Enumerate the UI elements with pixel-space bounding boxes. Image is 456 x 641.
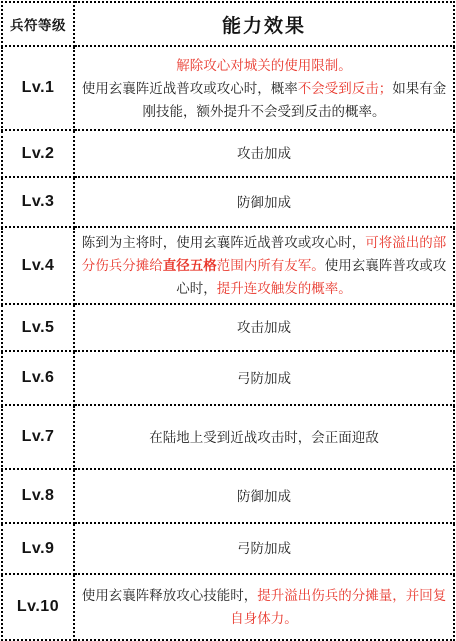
- effect-text: 使用玄襄阵近战普攻或攻心时，概率: [82, 81, 298, 96]
- level-cell: Lv.10: [2, 574, 74, 640]
- table-body: Lv.1解除攻心对城关的使用限制。使用玄襄阵近战普攻或攻心时，概率不会受到反击；…: [2, 46, 454, 640]
- effect-paragraph: 弓防加成: [81, 367, 447, 390]
- effect-text: 弓防加成: [237, 541, 291, 556]
- table-row: Lv.2攻击加成: [2, 130, 454, 177]
- level-cell: Lv.5: [2, 304, 74, 351]
- effect-cell: 攻击加成: [74, 304, 454, 351]
- table-row: Lv.6弓防加成: [2, 351, 454, 405]
- effect-cell: 弓防加成: [74, 523, 454, 574]
- table-row: Lv.8防御加成: [2, 469, 454, 523]
- table-row: Lv.4陈到为主将时，使用玄襄阵近战普攻或攻心时，可将溢出的部分伤兵分摊给直径五…: [2, 227, 454, 304]
- level-cell: Lv.8: [2, 469, 74, 523]
- effect-text: 弓防加成: [237, 371, 291, 386]
- effect-text: 攻击加成: [237, 320, 291, 335]
- effect-paragraph: 防御加成: [81, 485, 447, 508]
- table-row: Lv.7在陆地上受到近战攻击时，会正面迎敌: [2, 405, 454, 469]
- table-header: 兵符等级 能力效果: [2, 2, 454, 46]
- effect-text: 使用玄襄阵释放攻心技能时，: [82, 588, 258, 603]
- effect-text: 在陆地上受到近战攻击时，会正面迎敌: [149, 430, 379, 445]
- table-row: Lv.9弓防加成: [2, 523, 454, 574]
- table-row: Lv.10使用玄襄阵释放攻心技能时，提升溢出伤兵的分摊量，并回复自身体力。: [2, 574, 454, 640]
- ability-table: 兵符等级 能力效果 Lv.1解除攻心对城关的使用限制。使用玄襄阵近战普攻或攻心时…: [1, 1, 455, 641]
- table-row: Lv.5攻击加成: [2, 304, 454, 351]
- effect-cell: 在陆地上受到近战攻击时，会正面迎敌: [74, 405, 454, 469]
- effect-text-highlight: 范围内所有友军。: [217, 258, 325, 273]
- effect-text-highlight: 直径五格: [163, 258, 217, 273]
- effect-paragraph: 使用玄襄阵释放攻心技能时，提升溢出伤兵的分摊量，并回复自身体力。: [81, 584, 447, 630]
- effect-text-highlight: 提升溢出伤兵的分摊量，并回复自身体力。: [230, 588, 446, 626]
- effect-text: 陈到为主将时，使用玄襄阵近战普攻或攻心时，: [82, 235, 366, 250]
- effect-paragraph: 弓防加成: [81, 537, 447, 560]
- effect-cell: 弓防加成: [74, 351, 454, 405]
- effect-cell: 防御加成: [74, 469, 454, 523]
- header-cell-level: 兵符等级: [2, 2, 74, 46]
- level-cell: Lv.4: [2, 227, 74, 304]
- header-cell-effect: 能力效果: [74, 2, 454, 46]
- effect-paragraph: 陈到为主将时，使用玄襄阵近战普攻或攻心时，可将溢出的部分伤兵分摊给直径五格范围内…: [81, 231, 447, 300]
- effect-paragraph: 解除攻心对城关的使用限制。: [81, 54, 447, 77]
- effect-paragraph: 在陆地上受到近战攻击时，会正面迎敌: [81, 426, 447, 449]
- effect-cell: 攻击加成: [74, 130, 454, 177]
- level-cell: Lv.3: [2, 177, 74, 227]
- effect-text: 攻击加成: [237, 146, 291, 161]
- effect-cell: 使用玄襄阵释放攻心技能时，提升溢出伤兵的分摊量，并回复自身体力。: [74, 574, 454, 640]
- level-cell: Lv.7: [2, 405, 74, 469]
- effect-text-highlight: 提升连攻触发的概率。: [217, 281, 352, 296]
- effect-paragraph: 攻击加成: [81, 316, 447, 339]
- effect-text-highlight: 解除攻心对城关的使用限制。: [176, 58, 352, 73]
- page: 兵符等级 能力效果 Lv.1解除攻心对城关的使用限制。使用玄襄阵近战普攻或攻心时…: [0, 0, 456, 641]
- effect-paragraph: 攻击加成: [81, 142, 447, 165]
- table-row: Lv.1解除攻心对城关的使用限制。使用玄襄阵近战普攻或攻心时，概率不会受到反击；…: [2, 46, 454, 130]
- effect-paragraph: 防御加成: [81, 191, 447, 214]
- header-row: 兵符等级 能力效果: [2, 2, 454, 46]
- effect-text-highlight: 不会受到反击；: [298, 81, 393, 96]
- effect-cell: 防御加成: [74, 177, 454, 227]
- level-cell: Lv.2: [2, 130, 74, 177]
- effect-cell: 解除攻心对城关的使用限制。使用玄襄阵近战普攻或攻心时，概率不会受到反击；如果有金…: [74, 46, 454, 130]
- table-row: Lv.3防御加成: [2, 177, 454, 227]
- effect-paragraph: 使用玄襄阵近战普攻或攻心时，概率不会受到反击；如果有金刚技能，额外提升不会受到反…: [81, 77, 447, 123]
- effect-cell: 陈到为主将时，使用玄襄阵近战普攻或攻心时，可将溢出的部分伤兵分摊给直径五格范围内…: [74, 227, 454, 304]
- effect-text: 防御加成: [237, 489, 291, 504]
- level-cell: Lv.9: [2, 523, 74, 574]
- level-cell: Lv.6: [2, 351, 74, 405]
- effect-text: 防御加成: [237, 195, 291, 210]
- level-cell: Lv.1: [2, 46, 74, 130]
